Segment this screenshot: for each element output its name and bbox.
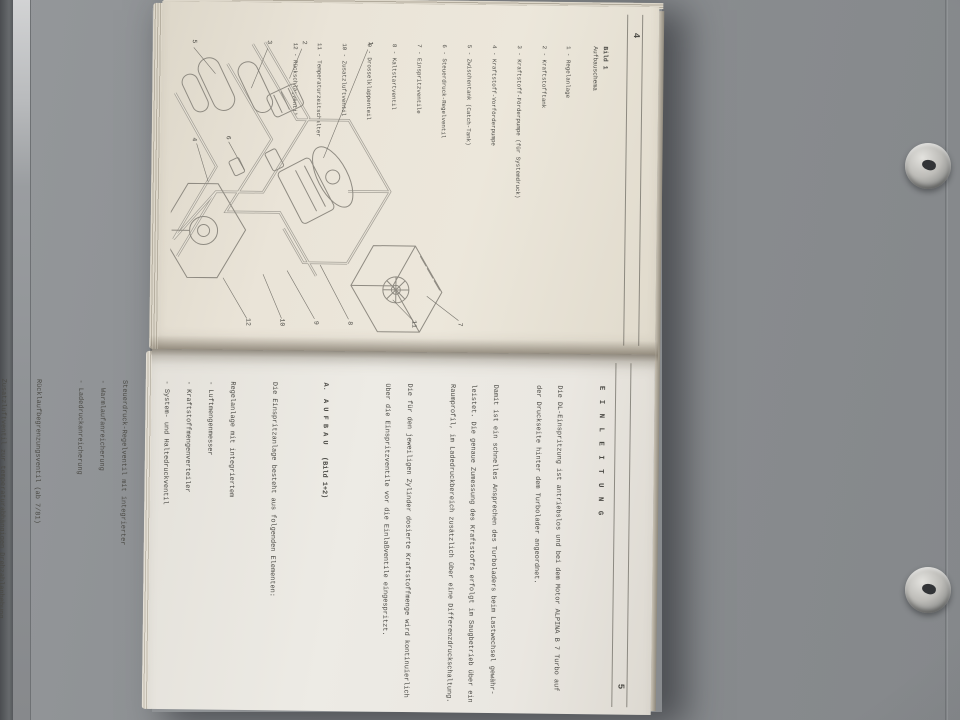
body-line: Die für den jeweiligen Zylinder dosierte… xyxy=(401,383,412,705)
manual-page-5: 5 E I N L E I T U N G Die DL-Einspritzun… xyxy=(148,349,655,715)
body-line: über die Einspritzventile vor die Einlaß… xyxy=(379,383,390,705)
manual-page-4: 4 Bild 1 Aufbauschema 1 - Regelanlage 2 … xyxy=(158,1,659,355)
bullet-line: - Ladedruckanreicherung xyxy=(72,379,83,701)
body-line: Die Einspritzanlage besteht aus folgende… xyxy=(266,381,277,703)
diagram-callout: 7 xyxy=(456,323,463,327)
fuel-injection-schematic-diagram: 1 2 3 5 6 4 7 11 8 9 10 12 xyxy=(169,31,473,340)
diagram-callout: 4 xyxy=(191,137,198,141)
open-manual-book: 4 Bild 1 Aufbauschema 1 - Regelanlage 2 … xyxy=(142,0,671,720)
figure-caption: Aufbauschema xyxy=(591,46,599,91)
diagram-callout: 6 xyxy=(225,136,232,140)
body-line: Raumprofil, im Ladedruckbereich zusätzli… xyxy=(443,384,454,706)
diagram-callout: 12 xyxy=(244,318,251,326)
page-4-number: 4 xyxy=(631,33,641,39)
page-5-content: 5 E I N L E I T U N G Die DL-Einspritzun… xyxy=(148,349,655,715)
page-4-content: 4 Bild 1 Aufbauschema 1 - Regelanlage 2 … xyxy=(158,1,659,354)
page-5-number: 5 xyxy=(615,683,625,689)
diagram-callout: 10 xyxy=(278,318,285,326)
body-line: Die DL-Einspritzung ist antriebslos und … xyxy=(551,385,562,707)
page-4-header-rule-top xyxy=(638,15,643,346)
legend-item: 2 - Kraftstofftank xyxy=(537,46,547,199)
diagram-callout: 11 xyxy=(410,320,417,328)
legend-item: 1 - Regelanlage xyxy=(562,46,572,199)
diagram-callout: 8 xyxy=(346,321,353,325)
diagram-callout: 1 xyxy=(367,41,374,45)
bullet-line: - System- und Haltedruckventil xyxy=(158,380,169,702)
chapter-heading: E I N L E I T U N G xyxy=(595,385,605,517)
body-line: der Druckseite hinter dem Turbolader ang… xyxy=(529,385,540,707)
body-line: Zusatzluftventil zur temperaturabhängige… xyxy=(0,378,6,700)
diagram-callout: 9 xyxy=(312,321,319,325)
cabinet-panel-seam xyxy=(945,0,948,720)
diagram-callout: 2 xyxy=(301,41,308,45)
diagram-callout: 5 xyxy=(191,39,198,43)
cabinet-lock-top-icon xyxy=(905,143,951,189)
body-line: Steuerdruck-Regelventil mit integrierter xyxy=(116,380,127,702)
legend-item: 3 - Kraftstoff-Förderpumpe (für Systemdr… xyxy=(512,45,522,198)
page-5-header-rule-top xyxy=(626,363,631,707)
bullet-line: - Kraftstoffmengenverteiler xyxy=(180,380,191,702)
page-4-header-rule-bottom xyxy=(623,15,628,346)
bullet-line: - Luftmengenmesser xyxy=(202,381,213,703)
body-line: leistet. Die genaue Zumessung des Krafts… xyxy=(465,384,476,706)
diagram-callout: 3 xyxy=(266,40,273,44)
photo-scene: { "colors":{"panel_gray":"#8b8e91","page… xyxy=(0,0,960,720)
body-line: Regelanlage mit integriertem xyxy=(223,381,234,703)
page-5-body-text: Die DL-Einspritzung ist antriebslos und … xyxy=(0,374,577,707)
cabinet-lock-bottom-icon xyxy=(905,567,951,613)
figure-label: Bild 1 xyxy=(602,46,609,69)
legend-item: 4 - Kraftstoff-Vorförderpumpe xyxy=(487,45,497,198)
body-line: Rücklaufbegrenzungsventil (ab 7/81) xyxy=(30,378,41,700)
bullet-line: - Warmlaufanreicherung xyxy=(94,379,105,701)
body-line: Damit ist ein schnelles Ansprechen des T… xyxy=(487,384,498,706)
section-heading: A. A U F B A U (Bild 1+2) xyxy=(317,382,328,704)
page-5-header-rule-bottom xyxy=(611,363,616,707)
